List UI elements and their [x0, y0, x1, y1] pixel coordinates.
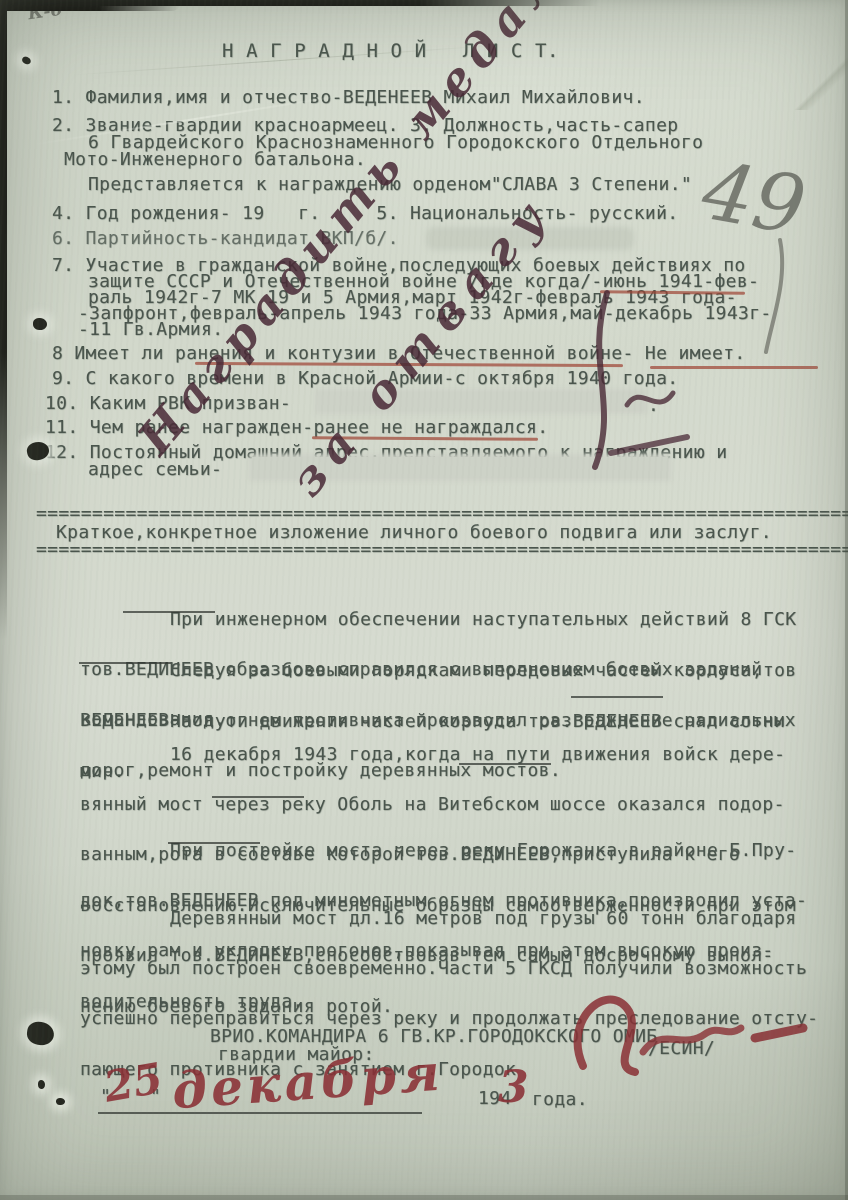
paper-hole — [21, 55, 32, 65]
ink-underline-surname — [168, 842, 260, 844]
paper-hole — [33, 318, 47, 330]
paper-sheet: Н А Г Р А Д Н О Й Л И С Т. 1. Фамилия,им… — [0, 0, 848, 1200]
paper-hole — [56, 1098, 65, 1105]
field-name: 1. Фамилия,имя и отчество-ВЕДЕНЕЕВ Михаи… — [52, 89, 645, 107]
ink-underline-surname — [123, 611, 215, 613]
ink-underline-surname — [459, 763, 551, 765]
commander-signature-stroke — [555, 978, 815, 1098]
field-home-address-2: адрес семьи- — [88, 461, 222, 479]
citation-line: этому был построен своевременно.Части 5 … — [80, 961, 842, 978]
handwritten-day: 25 — [100, 1053, 166, 1111]
handwritten-flourish-stroke — [545, 285, 765, 495]
summary-heading: Краткое,конкретное изложение личного бое… — [56, 524, 772, 542]
ink-underline-surname — [79, 662, 171, 664]
handwritten-year-digit: 3 — [498, 1062, 529, 1113]
scan-edge-left — [0, 0, 7, 640]
field-service-5: -11 Гв.Армия. — [78, 321, 223, 339]
corner-pencil-mark: К-б — [27, 0, 64, 24]
scanned-award-document: Н А Г Р А Д Н О Й Л И С Т. 1. Фамилия,им… — [0, 0, 848, 1200]
paper-crease-corner — [740, 0, 848, 110]
handwritten-page-number: 49 — [696, 144, 812, 253]
page-number-tail-stroke — [762, 240, 792, 360]
ink-underline-surname — [571, 696, 663, 698]
citation-line: Деревянный мост дл.16 метров под грузы 6… — [80, 911, 842, 928]
citation-line: При постройке моста через реку Горожанка… — [80, 843, 842, 860]
paper-hole — [26, 1020, 56, 1047]
field-prior-awards: 11. Чем ранее награжден-ранее не награжд… — [45, 419, 548, 437]
citation-line: 16 декабря 1943 года,когда на пути движе… — [80, 747, 842, 764]
field-rank-position-3: Мото-Инженерного батальона. — [64, 151, 366, 169]
scan-edge-bottom — [0, 1195, 848, 1200]
divider-top: ========================================… — [36, 505, 848, 523]
citation-line: Следуя за боевыми порядками передовых ча… — [80, 663, 842, 680]
ink-underline-surname — [212, 796, 304, 798]
divider-bottom: ========================================… — [36, 541, 848, 559]
paper-hole — [38, 1080, 45, 1089]
citation-line: При инженерном обеспечении наступательны… — [80, 612, 842, 629]
